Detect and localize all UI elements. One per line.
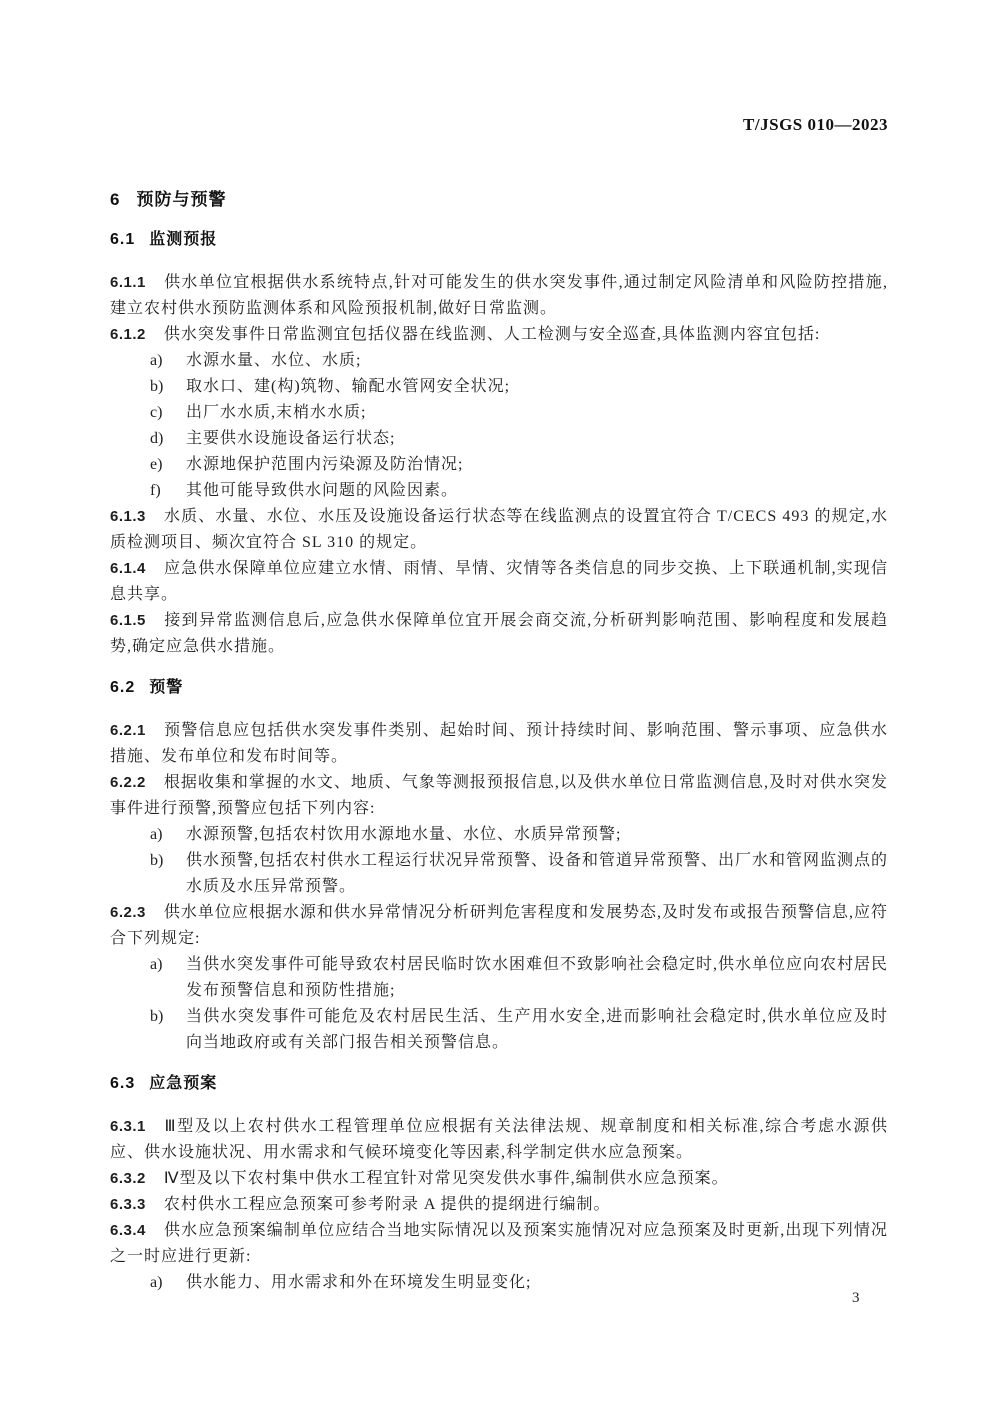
clause-text: 供水单位宜根据供水系统特点,针对可能发生的供水突发事件,通过制定风险清单和风险防… [110, 274, 888, 317]
item-label: a) [150, 822, 186, 848]
clause-6-1-1: 6.1.1供水单位宜根据供水系统特点,针对可能发生的供水突发事件,通过制定风险清… [110, 270, 888, 322]
clause-number: 6.3.2 [110, 1170, 146, 1187]
item-text: 取水口、建(构)筑物、输配水管网安全状况; [186, 374, 888, 400]
item-text: 水源地保护范围内污染源及防治情况; [186, 452, 888, 478]
clause-number: 6.3.4 [110, 1222, 146, 1239]
standard-document-page: T/JSGS 010—2023 6预防与预警 6.1监测预报 6.1.1供水单位… [0, 0, 992, 1403]
section-6-2-clauses: 6.2.1预警信息应包括供水突发事件类别、起始时间、预计持续时间、影响范围、警示… [110, 718, 888, 1056]
clause-number: 6.1.3 [110, 508, 146, 525]
standard-code: T/JSGS 010—2023 [743, 115, 888, 134]
list-item-b: b)取水口、建(构)筑物、输配水管网安全状况; [150, 374, 888, 400]
item-text: 当供水突发事件可能危及农村居民生活、生产用水安全,进而影响社会稳定时,供水单位应… [186, 1004, 888, 1056]
clause-text: Ⅳ型及以下农村集中供水工程宜针对常见突发供水事件,编制供水应急预案。 [164, 1170, 729, 1187]
item-label: a) [150, 1270, 186, 1296]
item-text: 供水预警,包括农村供水工程运行状况异常预警、设备和管道异常预警、出厂水和管网监测… [186, 848, 888, 900]
item-label: c) [150, 400, 186, 426]
document-header: T/JSGS 010—2023 [110, 112, 888, 138]
item-label: d) [150, 426, 186, 452]
item-label: f) [150, 478, 186, 504]
clause-text: 应急供水保障单位应建立水情、雨情、旱情、灾情等各类信息的同步交换、上下联通机制,… [110, 560, 888, 603]
clause-6-3-2: 6.3.2Ⅳ型及以下农村集中供水工程宜针对常见突发供水事件,编制供水应急预案。 [110, 1166, 888, 1192]
list-item-c: c)出厂水水质,末梢水水质; [150, 400, 888, 426]
clause-number: 6.2.2 [110, 774, 146, 791]
clause-number: 6.3.1 [110, 1118, 146, 1135]
section-number: 6.1 [110, 231, 135, 248]
clause-text: 农村供水工程应急预案可参考附录 A 提供的提纲进行编制。 [164, 1196, 611, 1213]
item-label: e) [150, 452, 186, 478]
clause-text: 接到异常监测信息后,应急供水保障单位宜开展会商交流,分析研判影响范围、影响程度和… [110, 612, 888, 655]
item-text: 供水能力、用水需求和外在环境发生明显变化; [186, 1270, 888, 1296]
section-number: 6.2 [110, 679, 135, 696]
list-item-f: f)其他可能导致供水问题的风险因素。 [150, 478, 888, 504]
section-heading-6-1: 6.1监测预报 [110, 228, 888, 252]
list-item-a: a)水源预警,包括农村饮用水源地水量、水位、水质异常预警; [150, 822, 888, 848]
clause-number: 6.2.3 [110, 904, 146, 921]
list-item-a: a)水源水量、水位、水质; [150, 348, 888, 374]
clause-number: 6.1.2 [110, 326, 146, 343]
clause-number: 6.1.4 [110, 560, 146, 577]
list-item-b: b)当供水突发事件可能危及农村居民生活、生产用水安全,进而影响社会稳定时,供水单… [150, 1004, 888, 1056]
clause-6-3-3: 6.3.3农村供水工程应急预案可参考附录 A 提供的提纲进行编制。 [110, 1192, 888, 1218]
item-text: 水源水量、水位、水质; [186, 348, 888, 374]
chapter-number: 6 [110, 190, 120, 209]
clause-6-1-5: 6.1.5接到异常监测信息后,应急供水保障单位宜开展会商交流,分析研判影响范围、… [110, 608, 888, 660]
page-number: 3 [852, 1290, 860, 1307]
section-number: 6.3 [110, 1075, 135, 1092]
item-label: a) [150, 952, 186, 1004]
list-item-a: a)当供水突发事件可能导致农村居民临时饮水困难但不致影响社会稳定时,供水单位应向… [150, 952, 888, 1004]
clause-number: 6.3.3 [110, 1196, 146, 1213]
clause-number: 6.1.5 [110, 612, 146, 629]
clause-text: 供水突发事件日常监测宜包括仪器在线监测、人工检测与安全巡查,具体监测内容宜包括: [164, 326, 820, 343]
list-item-d: d)主要供水设施设备运行状态; [150, 426, 888, 452]
clause-6-3-1: 6.3.1Ⅲ型及以上农村供水工程管理单位应根据有关法律法规、规章制度和相关标准,… [110, 1114, 888, 1166]
clause-6-1-2: 6.1.2供水突发事件日常监测宜包括仪器在线监测、人工检测与安全巡查,具体监测内… [110, 322, 888, 348]
item-text: 出厂水水质,末梢水水质; [186, 400, 888, 426]
list-item-b: b)供水预警,包括农村供水工程运行状况异常预警、设备和管道异常预警、出厂水和管网… [150, 848, 888, 900]
section-6-3-clauses: 6.3.1Ⅲ型及以上农村供水工程管理单位应根据有关法律法规、规章制度和相关标准,… [110, 1114, 888, 1296]
clause-number: 6.2.1 [110, 722, 146, 739]
clause-text: Ⅲ型及以上农村供水工程管理单位应根据有关法律法规、规章制度和相关标准,综合考虑水… [110, 1118, 888, 1161]
clause-text: 供水单位应根据水源和供水异常情况分析研判危害程度和发展势态,及时发布或报告预警信… [110, 904, 888, 947]
section-title: 预警 [149, 679, 183, 696]
clause-text: 根据收集和掌握的水文、地质、气象等测报预报信息,以及供水单位日常监测信息,及时对… [110, 774, 888, 817]
item-text: 水源预警,包括农村饮用水源地水量、水位、水质异常预警; [186, 822, 888, 848]
page-content: T/JSGS 010—2023 6预防与预警 6.1监测预报 6.1.1供水单位… [0, 0, 992, 1296]
list-item-e: e)水源地保护范围内污染源及防治情况; [150, 452, 888, 478]
clause-text: 水质、水量、水位、水压及设施设备运行状态等在线监测点的设置宜符合 T/CECS … [110, 508, 888, 551]
clause-number: 6.1.1 [110, 274, 146, 291]
item-label: a) [150, 348, 186, 374]
item-text: 当供水突发事件可能导致农村居民临时饮水困难但不致影响社会稳定时,供水单位应向农村… [186, 952, 888, 1004]
section-heading-6-3: 6.3应急预案 [110, 1072, 888, 1096]
clause-6-2-3: 6.2.3供水单位应根据水源和供水异常情况分析研判危害程度和发展势态,及时发布或… [110, 900, 888, 952]
section-title: 应急预案 [149, 1075, 217, 1092]
section-title: 监测预报 [149, 231, 217, 248]
clause-6-3-4: 6.3.4供水应急预案编制单位应结合当地实际情况以及预案实施情况对应急预案及时更… [110, 1218, 888, 1270]
item-label: b) [150, 1004, 186, 1056]
clause-text: 预警信息应包括供水突发事件类别、起始时间、预计持续时间、影响范围、警示事项、应急… [110, 722, 888, 765]
item-label: b) [150, 848, 186, 900]
item-text: 主要供水设施设备运行状态; [186, 426, 888, 452]
clause-text: 供水应急预案编制单位应结合当地实际情况以及预案实施情况对应急预案及时更新,出现下… [110, 1222, 888, 1265]
clause-6-2-1: 6.2.1预警信息应包括供水突发事件类别、起始时间、预计持续时间、影响范围、警示… [110, 718, 888, 770]
clause-6-1-3: 6.1.3水质、水量、水位、水压及设施设备运行状态等在线监测点的设置宜符合 T/… [110, 504, 888, 556]
chapter-title: 预防与预警 [136, 190, 226, 209]
list-item-a: a)供水能力、用水需求和外在环境发生明显变化; [150, 1270, 888, 1296]
section-6-1-clauses: 6.1.1供水单位宜根据供水系统特点,针对可能发生的供水突发事件,通过制定风险清… [110, 270, 888, 660]
clause-6-2-2: 6.2.2根据收集和掌握的水文、地质、气象等测报预报信息,以及供水单位日常监测信… [110, 770, 888, 822]
clause-6-1-4: 6.1.4应急供水保障单位应建立水情、雨情、旱情、灾情等各类信息的同步交换、上下… [110, 556, 888, 608]
item-label: b) [150, 374, 186, 400]
chapter-heading: 6预防与预警 [110, 188, 888, 212]
item-text: 其他可能导致供水问题的风险因素。 [186, 478, 888, 504]
section-heading-6-2: 6.2预警 [110, 676, 888, 700]
